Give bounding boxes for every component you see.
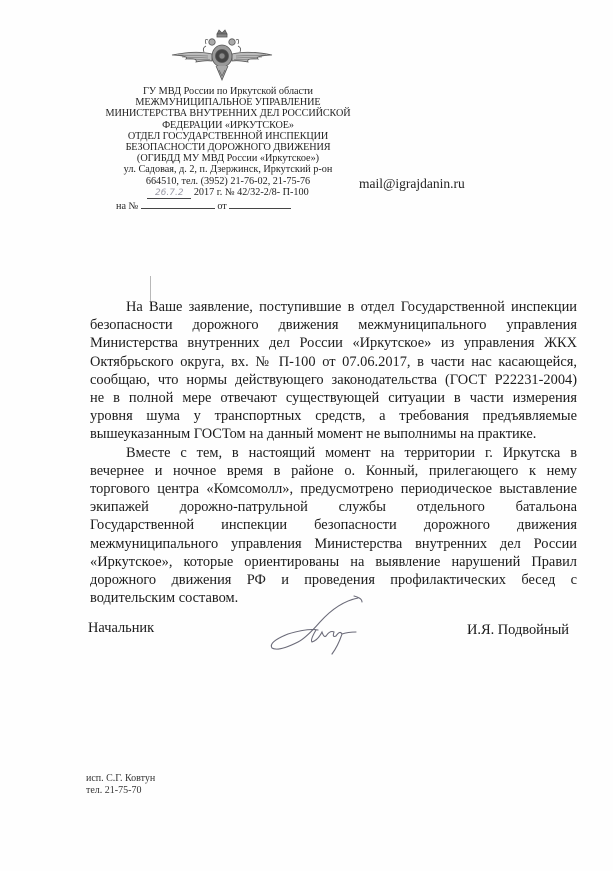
body-line: Октябрьского округа, вх. № П-100 от 07.0… xyxy=(90,353,577,371)
mvd-emblem-icon xyxy=(168,28,276,88)
signatory-title: Начальник xyxy=(88,620,154,637)
letterhead-line: ГУ МВД России по Иркутской области xyxy=(78,86,378,97)
body-line: сообщаю, что нормы действующего законода… xyxy=(90,371,577,389)
letter-body: На Ваше заявление, поступившие в отдел Г… xyxy=(90,298,577,607)
letterhead-line: МИНИСТЕРСТВА ВНУТРЕННИХ ДЕЛ РОССИЙСКОЙ xyxy=(78,108,378,119)
body-line: экипажей дорожно-патрульной службы отдел… xyxy=(90,498,577,516)
reference-date-blank xyxy=(229,199,291,209)
letterhead-line: (ОГИБДД МУ МВД России «Иркутское») xyxy=(78,153,378,164)
reference-number-label: на № xyxy=(116,201,138,212)
body-line: уровня шума у транспортных средств, а тр… xyxy=(90,407,577,425)
body-line: межмуниципального управления Министерств… xyxy=(90,535,577,553)
letterhead-line: ФЕДЕРАЦИИ «ИРКУТСКОЕ» xyxy=(78,120,378,131)
letterhead: ГУ МВД России по Иркутской области МЕЖМУ… xyxy=(78,86,378,212)
letterhead-line: БЕЗОПАСНОСТИ ДОРОЖНОГО ДВИЖЕНИЯ xyxy=(78,142,378,153)
reference-number-blank xyxy=(141,199,215,209)
executor-phone: тел. 21-75-70 xyxy=(86,785,155,797)
signatory-name: И.Я. Подвойный xyxy=(467,622,569,639)
body-line: «Иркутское», которые ориентированы на вы… xyxy=(90,553,577,571)
handwritten-date: 26.7.2 xyxy=(147,189,191,199)
body-line: торгового центра «Комсомолл», предусмотр… xyxy=(90,480,577,498)
paragraph-1: На Ваше заявление, поступившие в отдел Г… xyxy=(90,298,577,444)
body-line: Министерства внутренних дел России «Ирку… xyxy=(90,334,577,352)
phone-line: 664510, тел. (3952) 21-76-02, 21-75-76 xyxy=(78,176,378,187)
recipient-email: mail@igrajdanin.ru xyxy=(359,176,465,192)
executor-info: исп. С.Г. Ковтун тел. 21-75-70 xyxy=(86,773,155,797)
body-line: вышеуказанным ГОСТом на данный момент не… xyxy=(90,425,577,443)
body-line: Вместе с тем, в настоящий момент на терр… xyxy=(90,444,577,462)
letterhead-line: ОТДЕЛ ГОСУДАРСТВЕННОЙ ИНСПЕКЦИИ xyxy=(78,131,378,142)
executor-name: исп. С.Г. Ковтун xyxy=(86,773,155,785)
reference-date-label: от xyxy=(217,201,226,212)
outgoing-number: 2017 г. № 42/32-2/8- П-100 xyxy=(194,187,309,198)
body-line: безопасности дорожного движения межмуниц… xyxy=(90,316,577,334)
handwritten-signature-icon xyxy=(258,590,378,660)
outgoing-number-line: 26.7.2 2017 г. № 42/32-2/8- П-100 xyxy=(78,187,378,199)
body-line: Государственной инспекции безопасности д… xyxy=(90,516,577,534)
address-line: ул. Садовая, д. 2, п. Дзержинск, Иркутск… xyxy=(78,164,378,175)
body-line: На Ваше заявление, поступившие в отдел Г… xyxy=(90,298,577,316)
reference-line: на № от xyxy=(78,199,378,212)
letterhead-line: МЕЖМУНИЦИПАЛЬНОЕ УПРАВЛЕНИЕ xyxy=(78,97,378,108)
paragraph-2: Вместе с тем, в настоящий момент на терр… xyxy=(90,444,577,608)
body-line: не в полной мере отвечают существующей с… xyxy=(90,389,577,407)
body-line: дорожного движения РФ и проведения профи… xyxy=(90,571,577,589)
body-line: вечернее и ночное время в районе о. Конн… xyxy=(90,462,577,480)
letter-page: ГУ МВД России по Иркутской области МЕЖМУ… xyxy=(0,0,613,871)
